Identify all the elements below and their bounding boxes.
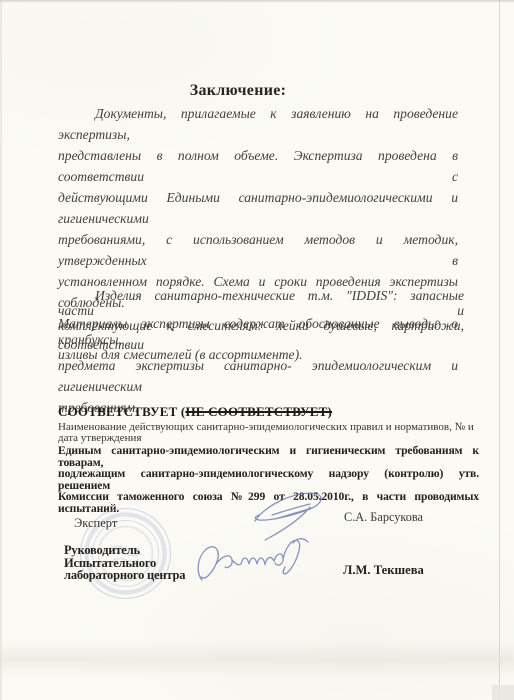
head-name: Л.М. Текшева	[343, 563, 424, 578]
expert-role-label: Эксперт	[74, 516, 117, 531]
scan-corner-shadow	[492, 685, 514, 700]
scan-edge-top	[0, 0, 514, 3]
text-line: Единым санитарно-эпидемиологическим и ги…	[58, 445, 479, 468]
scan-edge-left	[0, 0, 2, 700]
head-signature	[190, 536, 312, 592]
compliance-result-kept: СООТВЕТСТВУЕТ (	[58, 404, 185, 419]
product-paragraph: Изделия санитарно-технические т.м. "IDDI…	[58, 289, 464, 363]
text-line: Изделия санитарно-технические т.м. "IDDI…	[58, 289, 464, 319]
text-line: требованиями, с использованием методов и…	[58, 229, 458, 271]
compliance-result: СООТВЕТСТВУЕТ (НЕ СООТВЕТСТВУЕТ)	[58, 404, 479, 420]
text-line: Документы, прилагаемые к заявлению на пр…	[58, 103, 458, 145]
expert-name: С.А. Барсукова	[344, 510, 423, 525]
text-line: дата утверждения	[58, 433, 479, 444]
conclusion-paragraph: Документы, прилагаемые к заявлению на пр…	[58, 103, 458, 418]
text-line: комплектующие к смесителям: лейки душевы…	[58, 319, 464, 349]
paper-fold-line	[499, 0, 500, 700]
text-line: действующими Едиными санитарно-эпидемиол…	[58, 187, 458, 229]
compliance-result-struck: НЕ СООТВЕТСТВУЕТ)	[185, 404, 332, 419]
compliance-note: Наименование действующих санитарно-эпиде…	[58, 422, 479, 444]
document-page: Заключение: Документы, прилагаемые к зая…	[0, 0, 514, 700]
text-line: изливы для смесителей (в ассортименте).	[58, 348, 464, 363]
expert-signature	[250, 485, 328, 543]
text-line: представлены в полном объеме. Экспертиза…	[58, 145, 458, 187]
document-title: Заключение:	[58, 82, 418, 100]
scan-shadow-band	[0, 640, 514, 678]
